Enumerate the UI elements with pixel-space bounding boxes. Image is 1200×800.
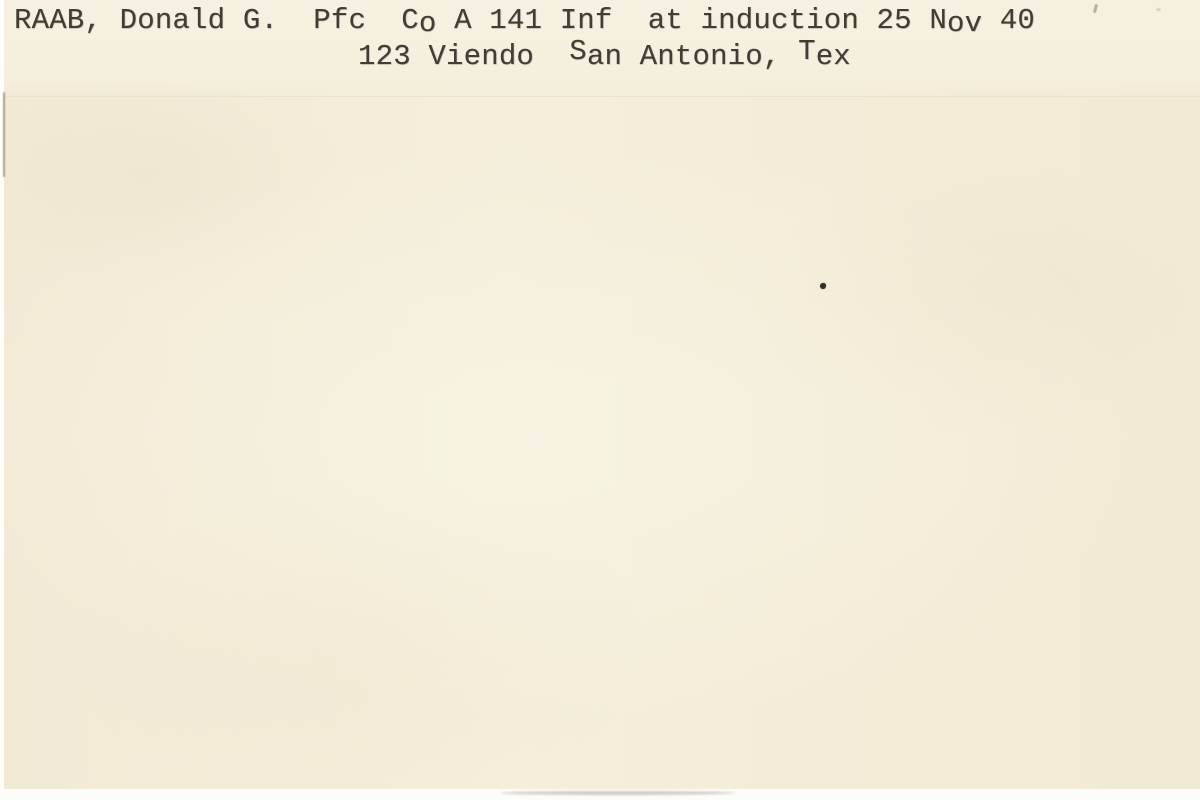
typed-text-segment-raised: T: [798, 35, 816, 68]
typed-text-segment: A 141 Inf at induction 25 N: [436, 4, 946, 37]
typed-text-segment: ex: [816, 40, 851, 73]
typed-text-segment: 123 Viendo: [358, 40, 569, 73]
card-paper-surface: [0, 0, 1200, 790]
card-left-edge-shadow: [3, 92, 5, 177]
card-bottom-edge-shadow: [500, 791, 735, 795]
typed-line-2: 123 Viendo San Antonio, Tex: [358, 42, 851, 72]
typed-text-segment-raised: S: [569, 35, 587, 68]
typed-text-segment: RAAB, Donald G. Pfc C: [14, 4, 419, 37]
typed-text-segment: 40: [982, 4, 1035, 37]
typed-text-segment-lowered: ov: [947, 7, 982, 40]
typed-text-segment: an Antonio,: [587, 40, 798, 73]
faint-smudge-mark: [1156, 8, 1161, 11]
scanned-index-card: RAAB, Donald G. Pfc Co A 141 Inf at indu…: [0, 0, 1200, 800]
ink-speck: [820, 283, 826, 289]
typed-text-segment-lowered: o: [419, 7, 437, 40]
typed-line-1: RAAB, Donald G. Pfc Co A 141 Inf at indu…: [14, 6, 1035, 36]
